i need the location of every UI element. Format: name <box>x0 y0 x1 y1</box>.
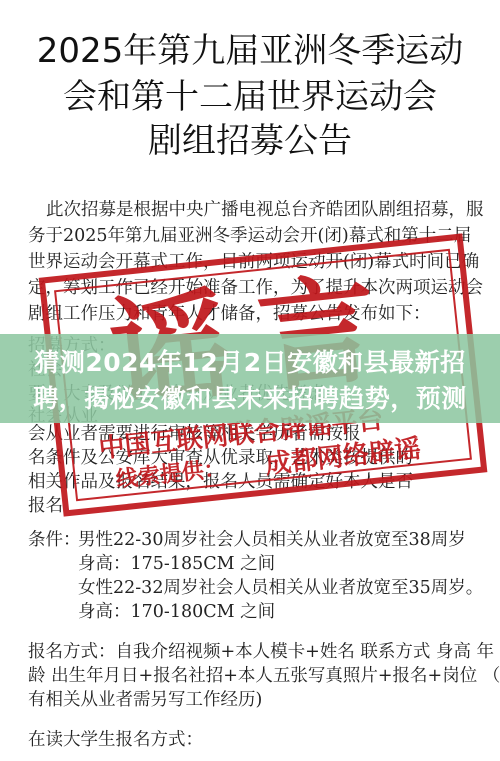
conditions-line-4: 身高：170-180CM 之间 <box>78 600 275 624</box>
notice-title-line-2: 会和第十二届世界运动会 <box>0 74 500 120</box>
notice-title-line-1: 2025年第九届亚洲冬季运动 <box>0 28 500 74</box>
conditions-line-1: 男性22-30周岁社会人员相关从业者放宽至38周岁 <box>78 528 466 552</box>
headline-line-1: 猜测2024年12月2日安徽和县最新招 <box>0 346 500 380</box>
recruit-line-7: 报名 <box>28 494 63 518</box>
student-signup-heading: 在读大学生报名方式： <box>28 728 203 752</box>
intro-line-1: 此次招募是根据中央广播电视总台齐皓团队剧组招募，服 <box>46 198 484 222</box>
conditions-label: 条件： <box>28 528 81 552</box>
headline-line-2: 聘，揭秘安徽和县未来招聘趋势，预测 <box>0 382 500 416</box>
signup-line-2: 龄 出生年月日+报名社招+本人五张写真照片+报名+岗位 （如 <box>28 664 500 688</box>
conditions-line-3: 女性22-32周岁社会人员相关从业者放宽至35周岁。 <box>78 576 483 600</box>
signup-line-3: 有相关从业者需另写工作经历) <box>28 688 262 712</box>
conditions-line-2: 身高：175-185CM 之间 <box>78 552 275 576</box>
signup-line-1: 报名方式：自我介绍视频+本人模卡+姓名 联系方式 身高 年 <box>28 640 494 664</box>
notice-title-line-3: 剧组招募公告 <box>0 118 500 164</box>
